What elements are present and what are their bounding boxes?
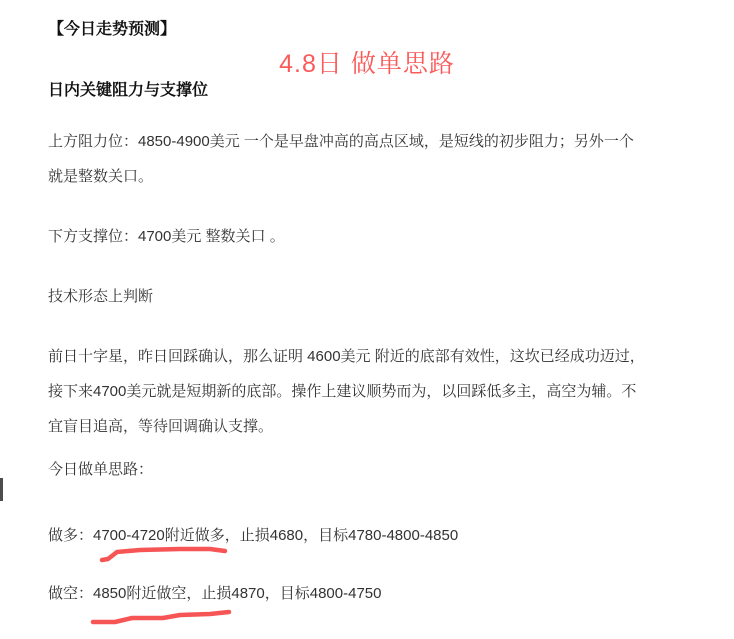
text-line: 接下来4700美元就是短期新的底部。操作上建议顺势而为，以回踩低多主，高空为辅。… <box>48 374 720 409</box>
paragraph-short-plan: 做空：4850附近做空，止损4870，目标4800-4750 <box>48 576 720 611</box>
paragraph-technical-heading: 技术形态上判断 <box>48 279 720 314</box>
subheading-key-levels: 日内关键阻力与支撑位 <box>48 77 208 100</box>
paragraph-analysis: 前日十字星，昨日回踩确认，那么证明 4600美元 附近的底部有效性，这坎已经成功… <box>48 339 720 444</box>
paragraph-long-plan: 做多：4700-4720附近做多，止损4680，目标4780-4800-4850 <box>48 518 720 553</box>
paragraph-plan-heading: 今日做单思路： <box>48 452 720 487</box>
article-page: 【今日走势预测】 4.8日 做单思路 日内关键阻力与支撑位 上方阻力位：4850… <box>0 0 734 639</box>
text-line: 上方阻力位：4850-4900美元 一个是早盘冲高的高点区域，是短线的初步阻力；… <box>48 124 720 159</box>
text-line: 就是整数关口。 <box>48 159 720 194</box>
document-title: 4.8日 做单思路 <box>0 44 734 80</box>
clipped-edge-mark <box>0 478 3 501</box>
text-line: 宜盲目追高，等待回调确认支撑。 <box>48 409 720 444</box>
paragraph-support: 下方支撑位：4700美元 整数关口 。 <box>48 219 720 254</box>
red-underline-short-stroke <box>93 612 229 622</box>
paragraph-resistance: 上方阻力位：4850-4900美元 一个是早盘冲高的高点区域，是短线的初步阻力；… <box>48 124 720 194</box>
text-line: 前日十字星，昨日回踩确认，那么证明 4600美元 附近的底部有效性，这坎已经成功… <box>48 339 720 374</box>
section-header: 【今日走势预测】 <box>48 16 176 39</box>
